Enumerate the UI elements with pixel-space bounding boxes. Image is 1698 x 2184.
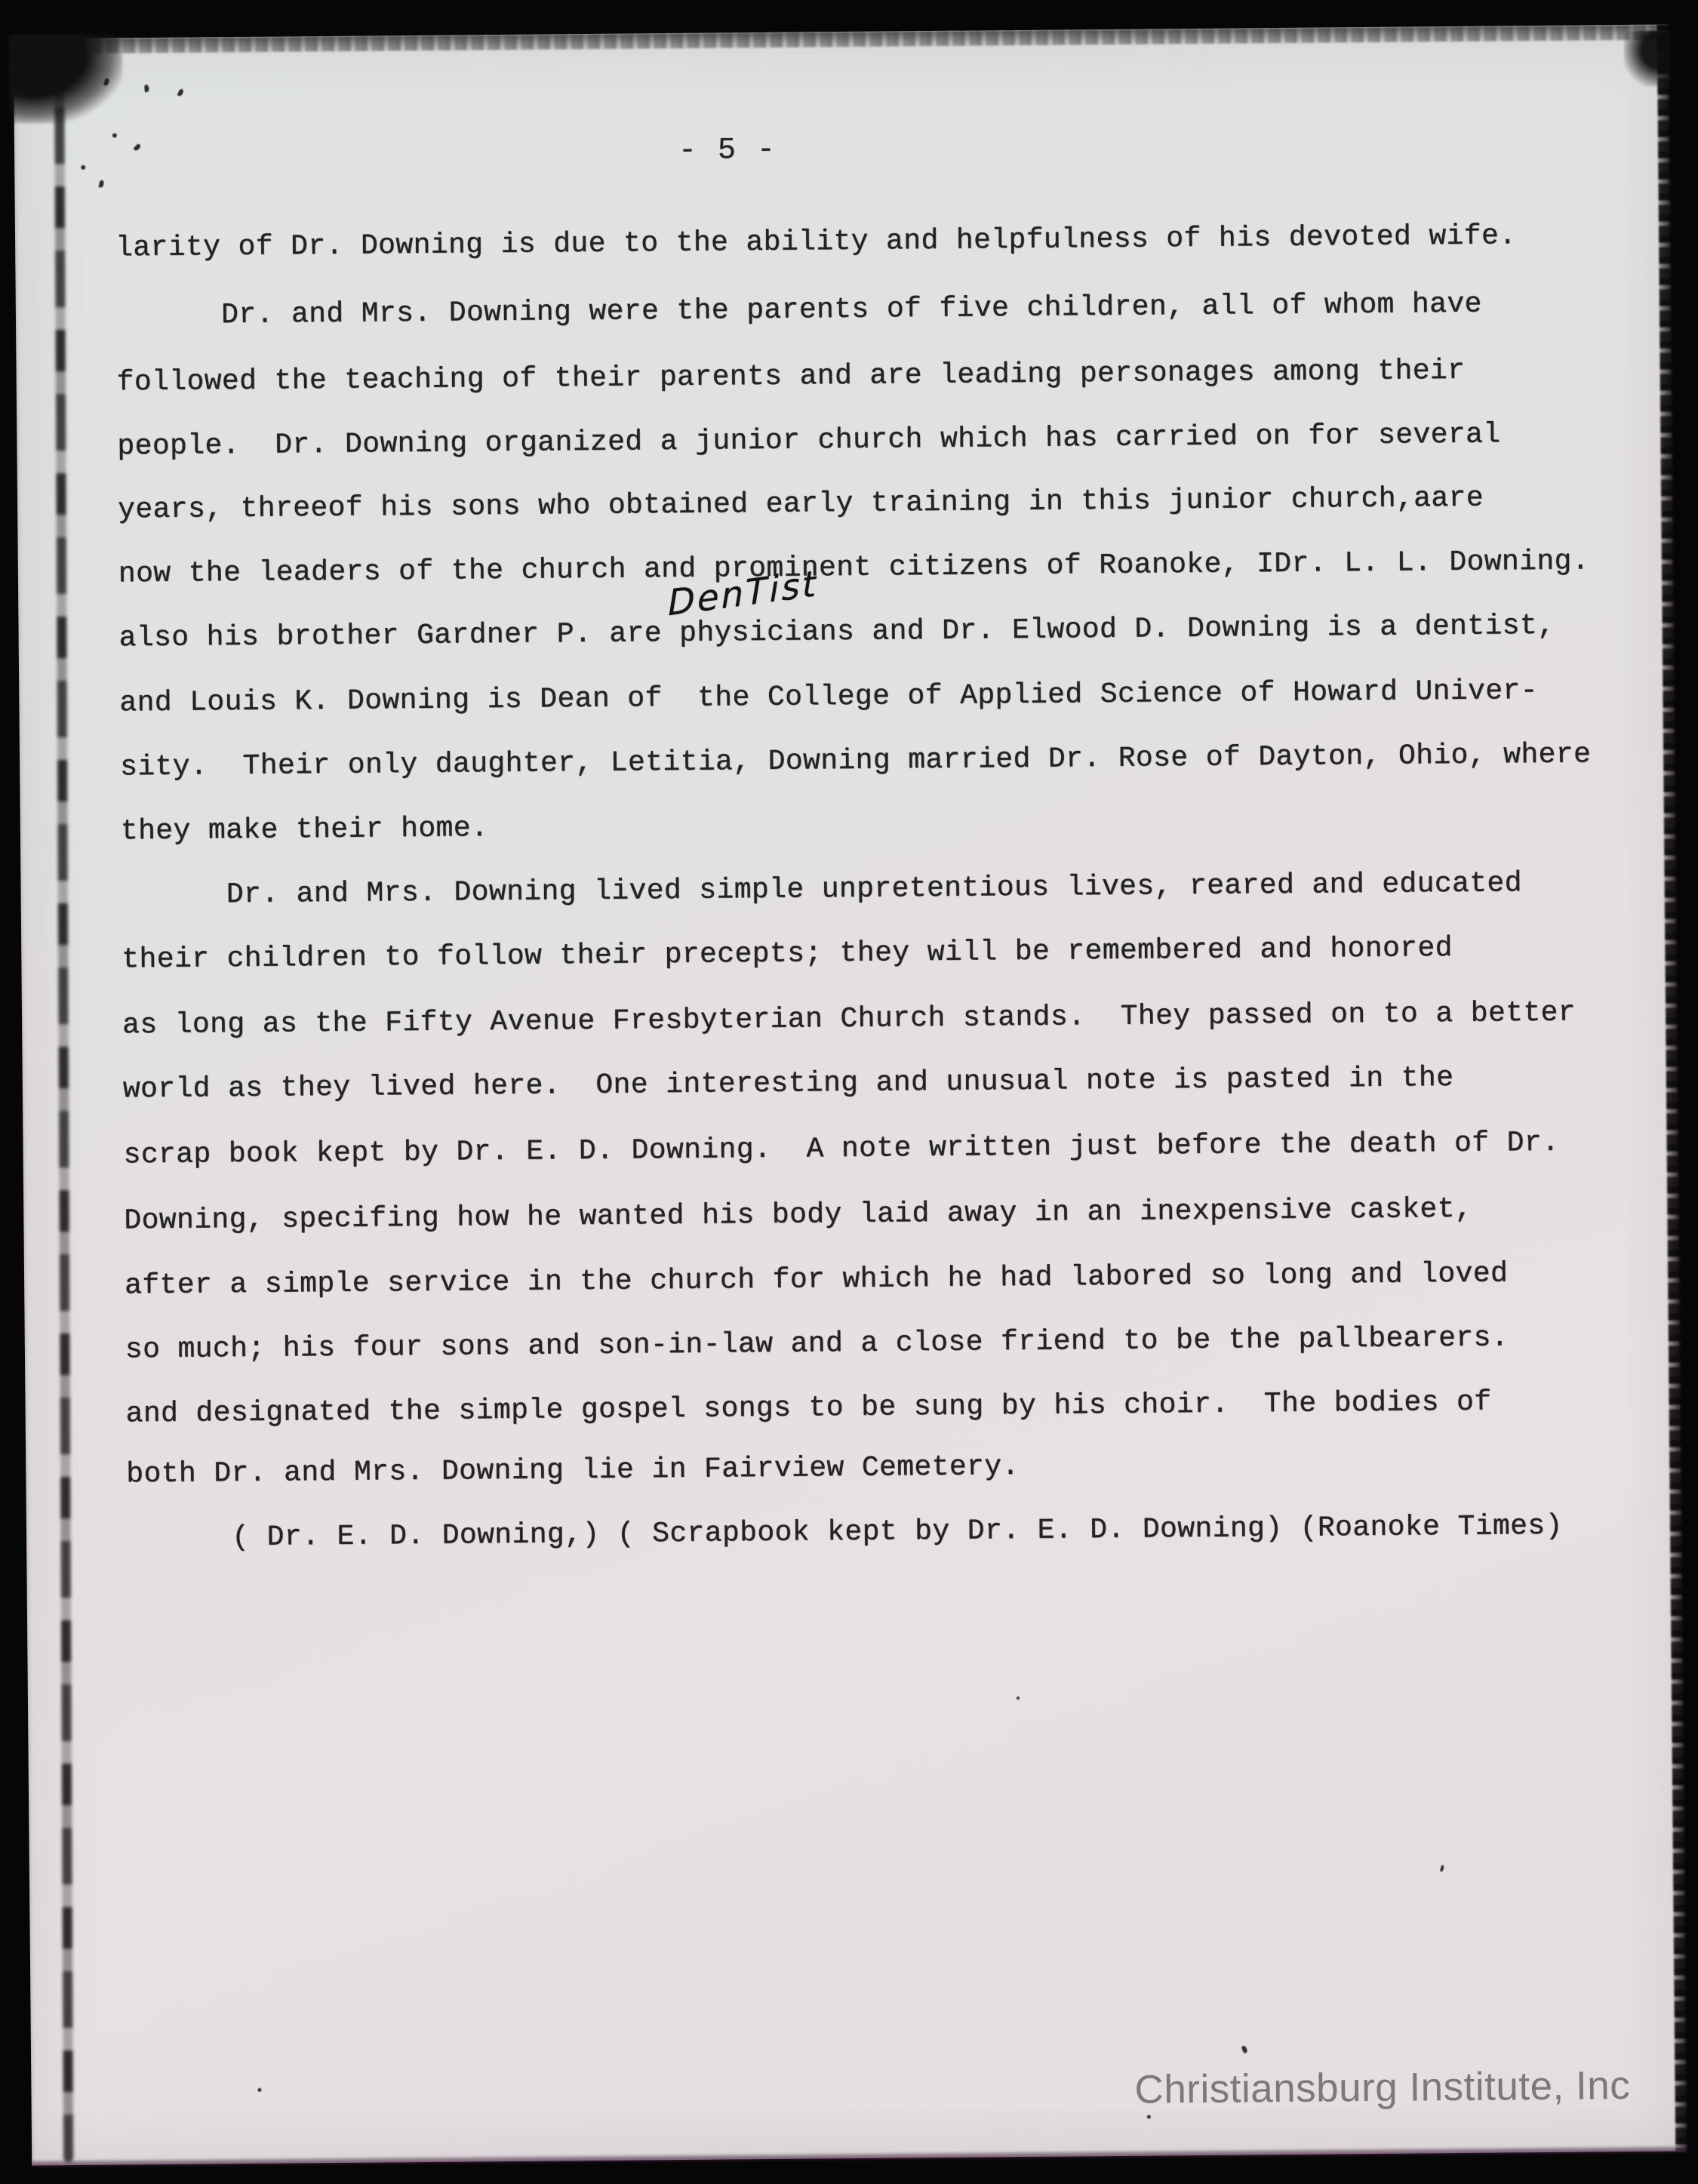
page-number: - 5 - [678,134,777,168]
typed-line: sity. Their only daughter, Letitia, Down… [120,738,1591,784]
typed-line: after a simple service in the church for… [125,1257,1508,1303]
typed-line: now the leaders of the church and promin… [118,545,1589,591]
typed-line: so much; his four sons and son-in-law an… [125,1321,1509,1367]
watermark: Christiansburg Institute, Inc [1134,2062,1630,2113]
scanned-page-background: { "page": { "page_number": "- 5 -", "ann… [0,0,1698,2184]
ink-speck [1440,1865,1444,1872]
typed-line-citation: ( Dr. E. D. Downing,) ( Scrapbook kept b… [127,1510,1563,1556]
typed-line: Downing, specifing how he wanted his bod… [124,1193,1472,1238]
ink-speck [1017,1696,1020,1700]
typed-line: years, threeof his sons who obtained ear… [118,482,1484,528]
document-page: - 5 - larity of Dr. Downing is due to th… [14,24,1687,2165]
ink-speck [1147,2115,1151,2119]
ink-speck [257,2088,261,2092]
typed-line: people. Dr. Downing organized a junior c… [117,418,1500,463]
typed-line: both Dr. and Mrs. Downing lie in Fairvie… [126,1450,1020,1491]
paper-right-edge-shading [1657,24,1688,2151]
typed-line: followed the teaching of their parents a… [117,355,1466,400]
typed-line: and Louis K. Downing is Dean of the Coll… [119,675,1538,720]
ink-speck [1241,2045,1248,2054]
typed-line: Dr. and Mrs. Downing lived simple unpret… [121,867,1522,912]
left-crease-line [54,43,73,2162]
ink-speck [143,85,149,93]
ink-speck [99,180,105,188]
typed-line: Dr. and Mrs. Downing were the parents of… [116,288,1482,334]
typed-line: also his brother Gardner P. are physicia… [118,610,1555,656]
paper-top-edge-shading [14,24,1668,54]
top-right-smudge [1624,30,1672,87]
ink-speck [177,88,185,97]
typed-line: and designated the simple gospel songs t… [125,1386,1491,1432]
typed-line: they make their home. [121,812,489,848]
typed-line: world as they lived here. One interestin… [123,1062,1454,1106]
ink-speck [81,165,85,170]
typed-line: their children to follow their precepts;… [122,932,1453,977]
ink-speck [112,133,117,137]
ink-speck [134,143,142,152]
paper-bottom-edge-shading [32,2145,1686,2167]
typed-line: larity of Dr. Downing is due to the abil… [115,220,1517,265]
typed-line: scrap book kept by Dr. E. D. Downing. A … [123,1127,1559,1173]
typed-line: as long as the Fifty Avenue Fresbyterian… [122,997,1576,1043]
